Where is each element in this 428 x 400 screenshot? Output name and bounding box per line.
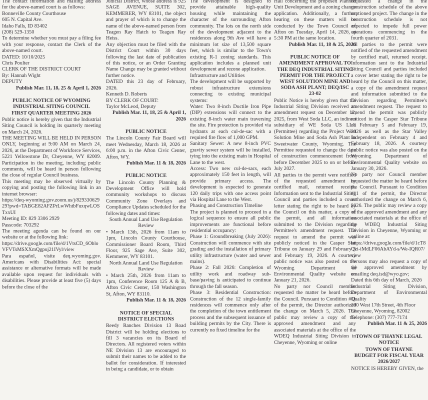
notice-paragraph: The meeting agenda can be found on our w… [2,229,101,241]
notice-paragraph: The project is planned to proceed in a l… [190,209,271,234]
notice-paragraph: This meeting may be observed virtually b… [2,179,101,198]
notice-paragraph: Reedy Ranches Division 13 Road District … [106,323,186,373]
notice-paragraph: Persons may also request a copy of the a… [351,259,427,278]
publish-date-line: Publish Mar. 11, 18, 25 & April 1, 2026 [2,85,101,91]
notice-paragraph: requested a change in the construction s… [351,0,427,42]
legal-notices-column-4: Hall concerning the proposed Planned Uni… [274,0,356,400]
notice-paragraph: Industrial Siting Division, Department o… [351,284,427,303]
notice-paragraph: No party nor Council member requested th… [351,172,427,240]
notice-heading: TOWN OF THAYNE BUDGET FOR FISCAL YEAR 20… [354,347,424,365]
notice-url: https://deq-wyoming.gov.zoom.us/j/829330… [2,197,101,216]
notice-heading: PUBLIC NOTICE OF WYOMING INDUSTRIAL SITI… [5,98,98,116]
notice-paragraph: Any objection must be filed with the Dis… [106,42,186,79]
notice-paragraph: Sanitary Sewer: A new 8-inch PVC gravity… [190,141,271,166]
notice-paragraph: Public notice is hereby given that the I… [2,117,101,136]
notice-subheading: Phasing and Construction Timeline [190,203,271,209]
notice-heading: TOWN OF THAYNE LEGAL NOTICE [354,334,424,346]
notice-heading: PUBLIC NOTICE OF AMENDMENT APPROVAL TO T… [277,55,353,98]
notice-subheading: South Annual Land Use Regulation Review [106,217,186,229]
notice-gap [106,167,186,173]
notice-heading: PUBLIC NOTICE [109,173,183,179]
notice-paragraph: To determine whether you must pay a fili… [2,36,101,55]
notice-url: https://drive.google.com/file/d/1VtsCD_6… [2,241,101,253]
notice-paragraph: All parties to the permit were notified … [351,42,427,172]
notice-paragraph: The Lincoln County Fair Board will meet … [106,136,186,161]
legal-notices-column-1: The contact information and mailing addr… [2,0,101,400]
notice-paragraph: NOTICE IS HEREBY GIVEN, the [351,366,427,372]
notice-paragraph: Judicial District, whose address is 925 … [106,0,186,42]
notice-paragraph: Access: Two new cul-de-sacs, each approx… [190,166,271,203]
notice-paragraph: DATED this 23 day of February, 2026. [106,79,186,91]
notice-url: https://drive.google.com/file/d/1cT8Qzi-… [351,240,427,259]
notice-paragraph: The development is designed to provide a… [190,0,271,73]
notice-paragraph: Phase 2: Fall 2026: Completion of utilit… [190,265,271,290]
notice-paragraph: Para español, visite deq.wyoming.gov. Am… [2,253,101,290]
notice-paragraph: Public Notice is hereby given that the I… [274,98,356,172]
notice-paragraph: Hall concerning the proposed Planned Uni… [274,0,356,42]
notice-paragraph: No party nor Council member requested th… [274,284,356,346]
newspaper-legal-notices-page: The contact information and mailing addr… [0,0,428,400]
notice-paragraph: Phase 1: Groundbreaking (July 2026): Con… [190,234,271,265]
notice-subheading: North Annual Land Use Regulation Review [106,260,186,272]
notice-heading: NOTICE OF SPECIAL DISTRICT ELECTIONS [109,310,183,322]
notice-paragraph: • March 25th, 2026 from 11am to 1pm, Con… [106,273,186,298]
publish-date-line: Publish Mar. 11, 18, 25 & April 1, 2026 [106,110,186,122]
legal-notices-column-3: The development is designed to provide a… [190,0,271,400]
notice-paragraph: Dated this 6th day of March, 2026 [351,278,427,284]
notice-gap [351,327,427,333]
notice-gap [106,304,186,310]
legal-notices-column-5: requested a change in the construction s… [351,0,427,400]
notice-paragraph: • March 13th, 2026 from 11am to 1pm, Lin… [106,229,186,260]
notice-gap [106,123,186,129]
notice-paragraph: Water: Two 8-inch Ductile Iron Pipe (DIP… [190,104,271,141]
notice-paragraph: Phase 3: Residential Construction: Const… [190,290,271,333]
notice-paragraph: All parties to the permit were notified … [274,172,356,284]
notice-heading: PUBLIC NOTICE [109,129,183,135]
notice-paragraph: THE MEETING WILL BE HELD IN PERSON ONLY,… [2,135,101,178]
notice-gap [274,48,356,54]
notice-paragraph: The contact information and mailing addr… [2,0,101,11]
notice-paragraph: The development will be supported by rob… [190,79,271,104]
notice-paragraph: The Lincoln County Planning & Developmen… [106,180,186,217]
legal-notices-column-2: Judicial District, whose address is 925 … [106,0,186,400]
notice-gap [2,92,101,98]
